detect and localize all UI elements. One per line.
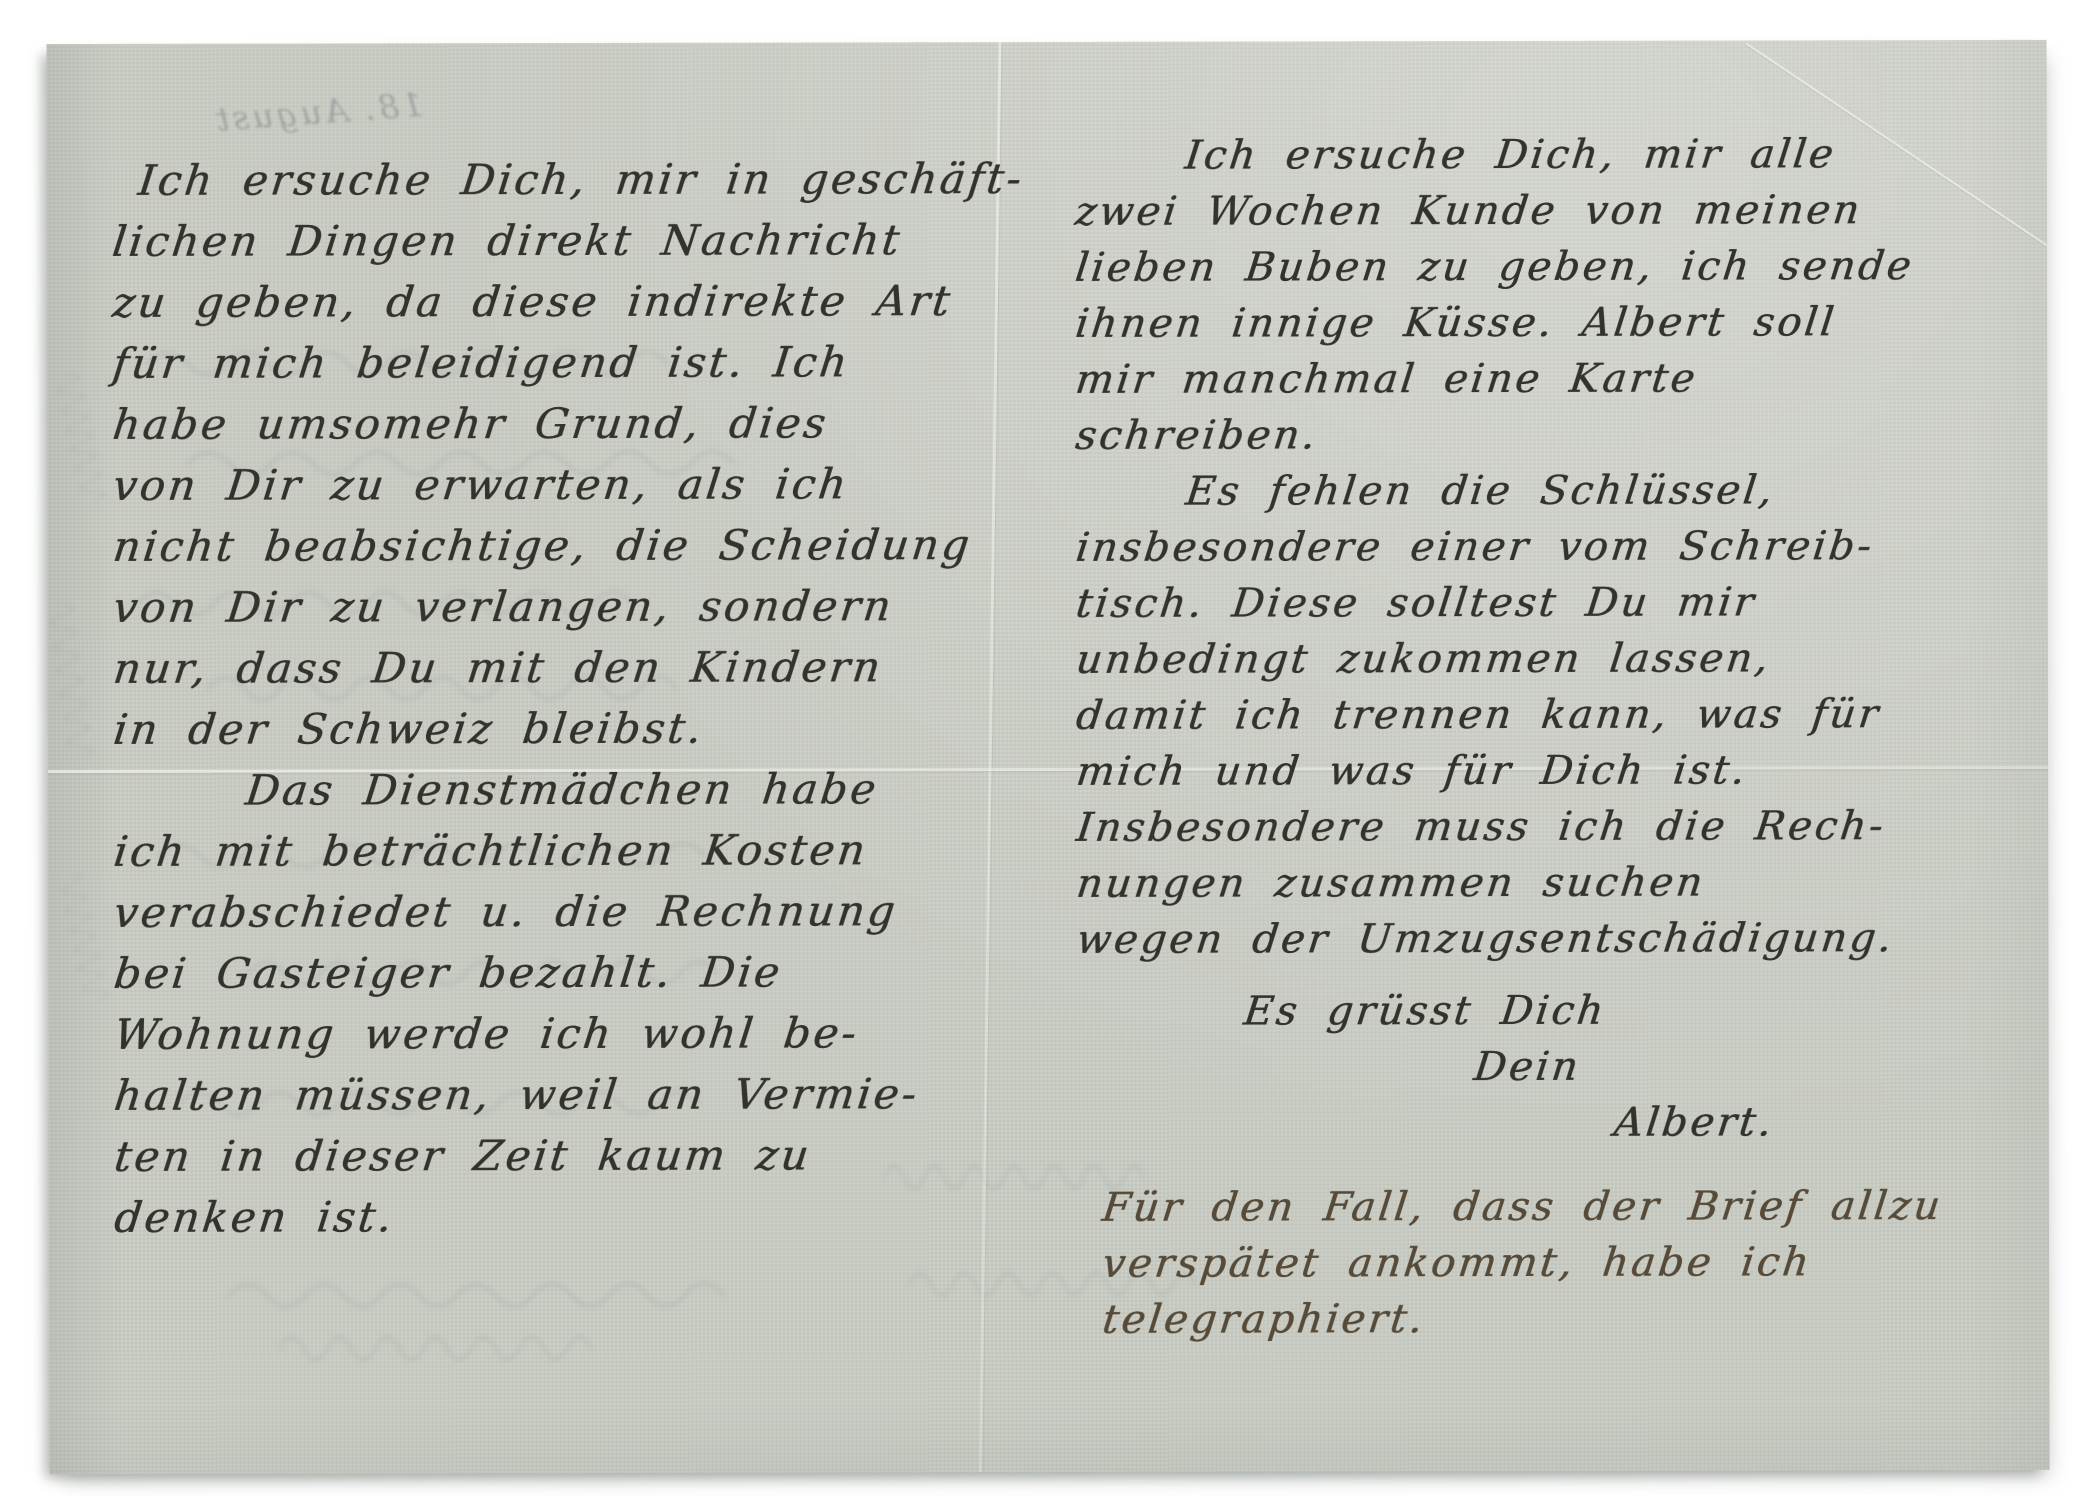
letter-line: bei Gasteiger bezahlt. Die <box>111 941 1023 1004</box>
letter-line: mich und was für Dich ist. <box>1073 742 2040 800</box>
letter-line: in der Schweiz bleibst. <box>110 697 1022 760</box>
letter-line: habe umsomehr Grund, dies <box>109 392 1021 455</box>
letter-line: Dein <box>1074 1038 2041 1096</box>
letter-line: Wohnung werde ich wohl be- <box>111 1002 1023 1065</box>
letter-page-left: Ich ersuche Dich, mir in geschäft-lichen… <box>109 148 1016 1248</box>
letter-line: insbesondere einer vom Schreib- <box>1073 518 2040 576</box>
letter-line: Ich ersuche Dich, mir in geschäft- <box>109 148 1021 211</box>
letter-line: ihnen innige Küsse. Albert soll <box>1072 294 2039 352</box>
letter-line: lichen Dingen direkt Nachricht <box>109 209 1021 272</box>
letter-line: für mich beleidigend ist. Ich <box>109 331 1021 394</box>
letter-page-right: Ich ersuche Dich, mir allezwei Wochen Ku… <box>1072 126 2035 1348</box>
letter-line: von Dir zu verlangen, sondern <box>110 575 1022 638</box>
letter-line: Für den Fall, dass der Brief allzu <box>1074 1178 2041 1236</box>
letter-line: damit ich trennen kann, was für <box>1073 686 2040 744</box>
letter-line: nicht beabsichtige, die Scheidung <box>110 514 1022 577</box>
letter-line: wegen der Umzugsentschädigung. <box>1073 910 2040 968</box>
letter-line: ich mit beträchtlichen Kosten <box>110 819 1022 882</box>
scanned-letter-screenshot: { "letter": { "language": "German", "ble… <box>0 0 2096 1496</box>
letter-line: verabschiedet u. die Rechnung <box>110 880 1022 943</box>
letter-line: mir manchmal eine Karte <box>1072 350 2039 408</box>
letter-line: Ich ersuche Dich, mir alle <box>1072 126 2039 184</box>
letter-line: halten müssen, weil an Vermie- <box>111 1063 1023 1126</box>
letter-line: zu geben, da diese indirekte Art <box>109 270 1021 333</box>
letter-line: nungen zusammen suchen <box>1073 854 2040 912</box>
letter-line: schreiben. <box>1072 406 2039 464</box>
letter-line: Das Dienstmädchen habe <box>110 758 1022 821</box>
letter-sheet: 18. August Ich ersuche Dich, mir in gesc… <box>47 40 2050 1474</box>
letter-line: verspätet ankommt, habe ich <box>1074 1234 2041 1292</box>
letter-line: Albert. <box>1074 1094 2041 1152</box>
letter-line: telegraphiert. <box>1074 1290 2041 1348</box>
letter-line: Es fehlen die Schlüssel, <box>1073 462 2040 520</box>
letter-line: ten in dieser Zeit kaum zu <box>111 1124 1023 1187</box>
letter-line: Insbesondere muss ich die Rech- <box>1073 798 2040 856</box>
letter-line: tisch. Diese solltest Du mir <box>1073 574 2040 632</box>
letter-line: denken ist. <box>111 1185 1023 1248</box>
letter-line: lieben Buben zu geben, ich sende <box>1072 238 2039 296</box>
letter-line: zwei Wochen Kunde von meinen <box>1072 182 2039 240</box>
letter-line: nur, dass Du mit den Kindern <box>110 636 1022 699</box>
letter-line: von Dir zu erwarten, als ich <box>109 453 1021 516</box>
letter-line: Es grüsst Dich <box>1074 982 2041 1040</box>
letter-line: unbedingt zukommen lassen, <box>1073 630 2040 688</box>
